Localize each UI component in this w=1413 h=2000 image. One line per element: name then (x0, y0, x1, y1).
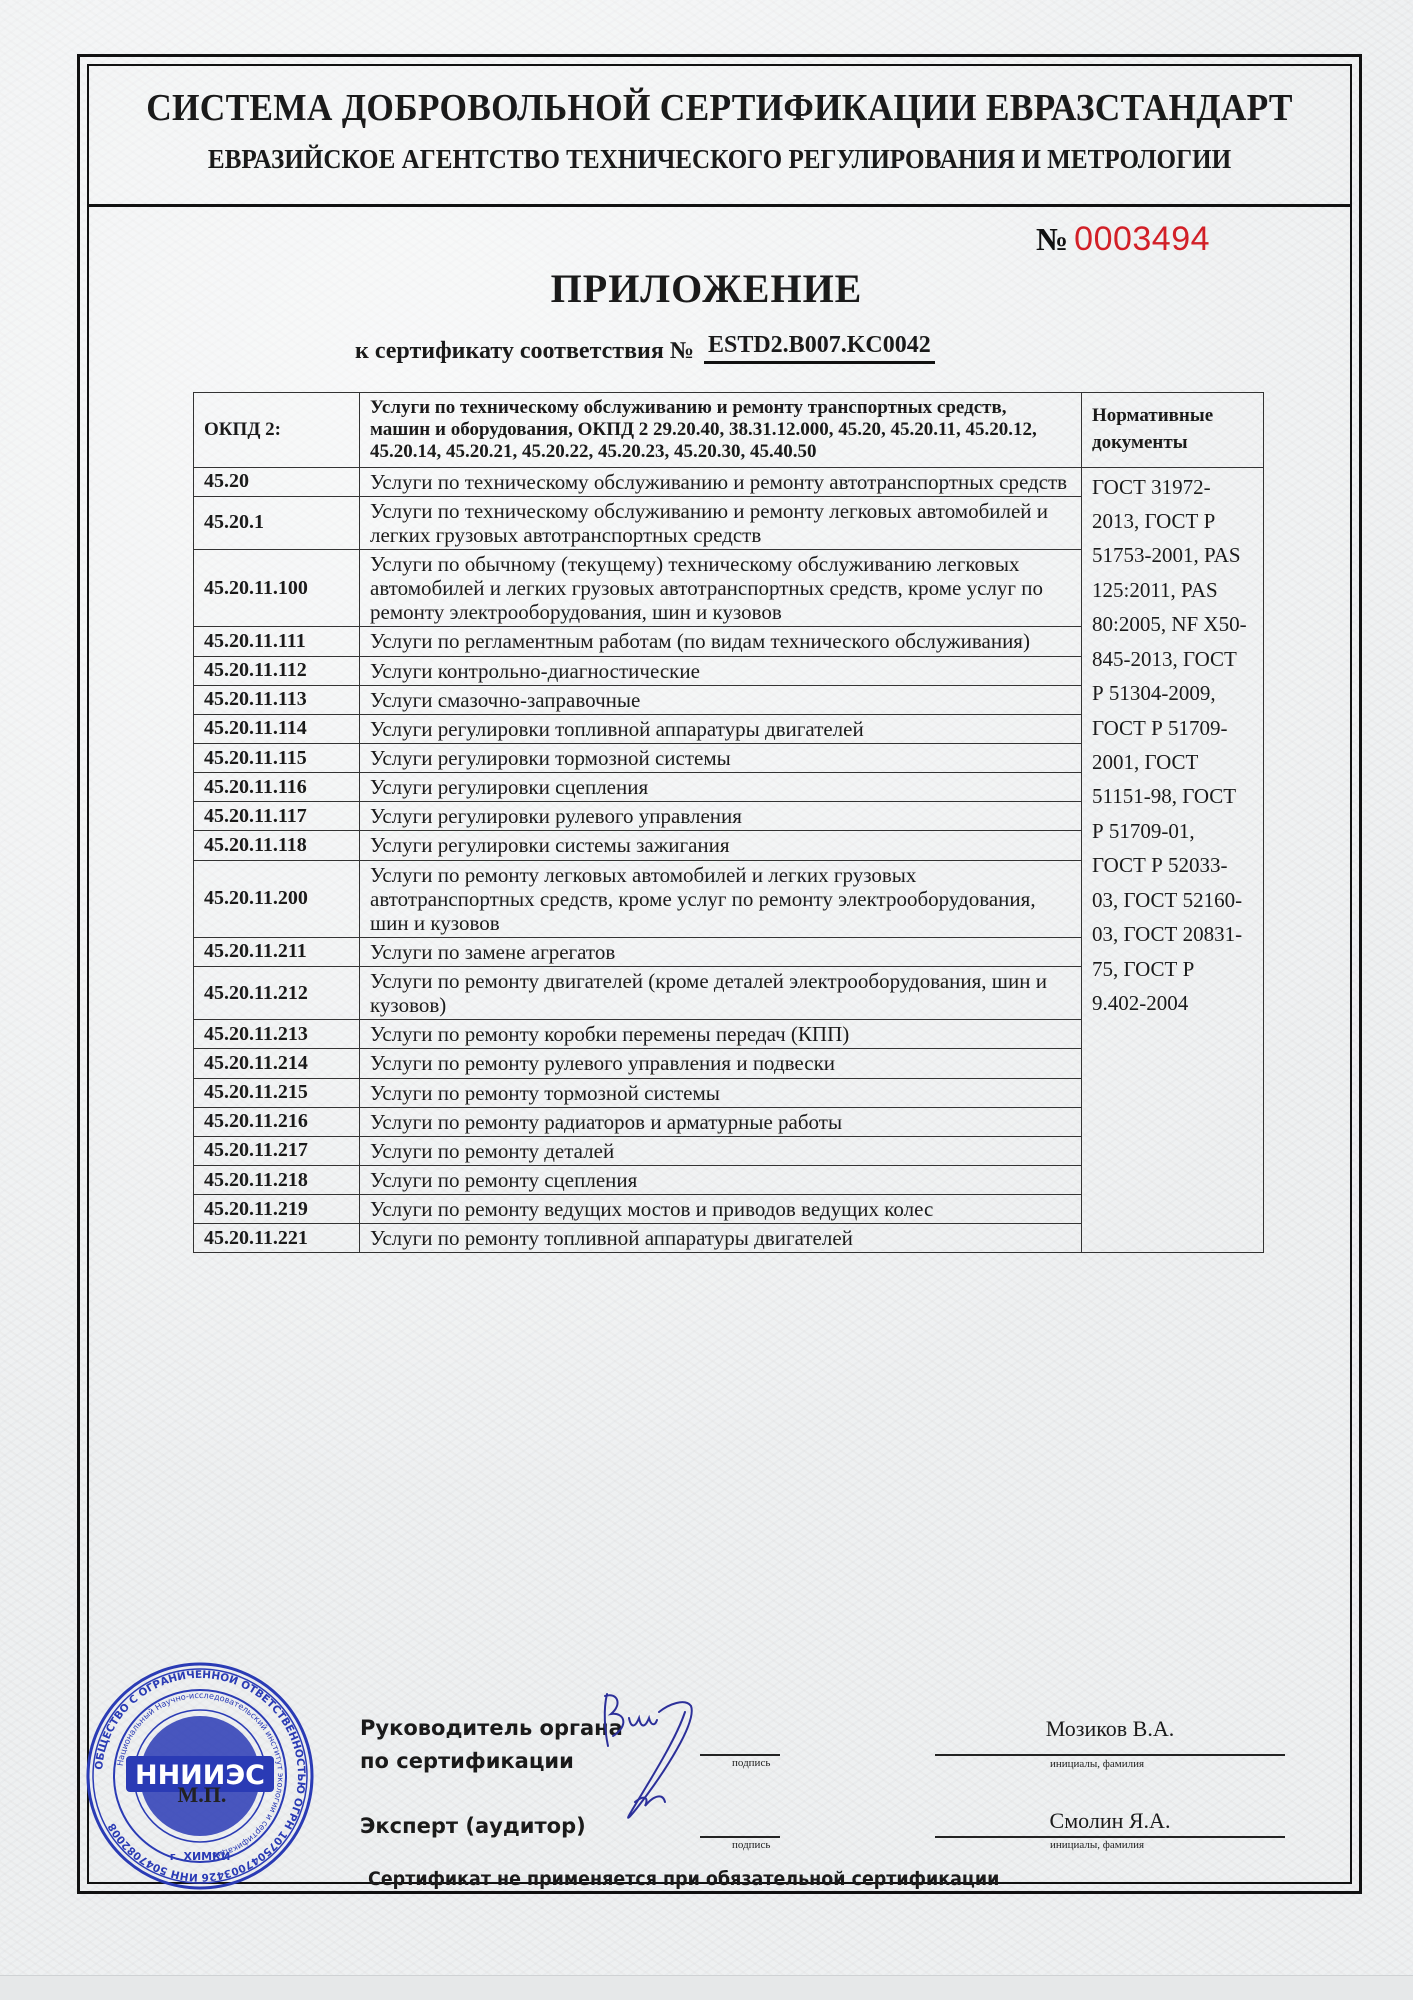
okpd-code: 45.20.11.221 (194, 1224, 360, 1253)
service-description: Услуги по ремонту тормозной системы (360, 1078, 1082, 1107)
service-description: Услуги регулировки системы зажигания (360, 831, 1082, 860)
okpd-code: 45.20 (194, 467, 360, 496)
expert-name-caption: инициалы, фамилия (1050, 1839, 1144, 1851)
expert-signature-caption: подпись (732, 1839, 770, 1851)
service-description: Услуги регулировки рулевого управления (360, 802, 1082, 831)
okpd-code: 45.20.11.200 (194, 860, 360, 937)
okpd-code: 45.20.11.214 (194, 1049, 360, 1078)
system-title: СИСТЕМА ДОБРОВОЛЬНОЙ СЕРТИФИКАЦИИ ЕВРАЗС… (131, 86, 1307, 130)
okpd-code: 45.20.11.211 (194, 937, 360, 966)
expert-signature-line (700, 1836, 780, 1838)
okpd-code: 45.20.11.216 (194, 1107, 360, 1136)
document-title: ПРИЛОЖЕНИЕ (0, 265, 1413, 312)
service-description: Услуги по ремонту радиаторов и арматурны… (360, 1107, 1082, 1136)
head-signature-caption: подпись (732, 1757, 770, 1769)
okpd-code: 45.20.1 (194, 496, 360, 549)
okpd-code: 45.20.11.114 (194, 714, 360, 743)
okpd-code: 45.20.11.218 (194, 1166, 360, 1195)
organization-stamp: ОБЩЕСТВО С ОГРАНИЧЕННОЙ ОТВЕТСТВЕННОСТЬЮ… (84, 1660, 316, 1892)
service-description: Услуги по ремонту коробки перемены перед… (360, 1020, 1082, 1049)
okpd-table: ОКПД 2: Услуги по техническому обслужива… (193, 392, 1264, 1253)
certificate-header: СИСТЕМА ДОБРОВОЛЬНОЙ СЕРТИФИКАЦИИ ЕВРАЗС… (87, 64, 1352, 207)
signature-block: Руководитель органа по сертификации подп… (360, 1712, 1290, 1862)
svg-text:М.П.: М.П. (178, 1782, 227, 1807)
svg-text:г. ХИМКИ: г. ХИМКИ (170, 1850, 231, 1863)
head-name-line (935, 1754, 1285, 1756)
service-description: Услуги по техническому обслуживанию и ре… (360, 496, 1082, 549)
okpd-code: 45.20.11.113 (194, 685, 360, 714)
okpd-table-body: 45.20Услуги по техническому обслуживанию… (194, 467, 1264, 1253)
normative-documents: ГОСТ 31972-2013, ГОСТ Р 51753-2001, PAS … (1082, 467, 1264, 1253)
service-description: Услуги по ремонту рулевого управления и … (360, 1049, 1082, 1078)
reference-label: к сертификату соответствия № (355, 338, 694, 364)
service-description: Услуги регулировки топливной аппаратуры … (360, 714, 1082, 743)
service-description: Услуги по регламентным работам (по видам… (360, 627, 1082, 656)
certificate-reference: к сертификату соответствия №ESTD2.B007.K… (355, 338, 935, 370)
form-number-value: 0003494 (1074, 220, 1210, 258)
table-row: 45.20Услуги по техническому обслуживанию… (194, 467, 1264, 496)
agency-subtitle: ЕВРАЗИЙСКОЕ АГЕНТСТВО ТЕХНИЧЕСКОГО РЕГУЛ… (131, 144, 1307, 175)
service-description: Услуги по ремонту топливной аппаратуры д… (360, 1224, 1082, 1253)
handwritten-signature (545, 1682, 715, 1832)
head-name: Мозиков В.А. (935, 1716, 1285, 1742)
okpd-code: 45.20.11.117 (194, 802, 360, 831)
okpd-code: 45.20.11.215 (194, 1078, 360, 1107)
service-description: Услуги по ремонту деталей (360, 1136, 1082, 1165)
service-description: Услуги регулировки сцепления (360, 773, 1082, 802)
service-description: Услуги по ремонту легковых автомобилей и… (360, 860, 1082, 937)
okpd-code: 45.20.11.118 (194, 831, 360, 860)
service-description: Услуги регулировки тормозной системы (360, 743, 1082, 772)
header-code: ОКПД 2: (194, 393, 360, 468)
okpd-code: 45.20.11.116 (194, 773, 360, 802)
number-sign: № (1036, 221, 1068, 257)
service-description: Услуги по обычному (текущему) техническо… (360, 549, 1082, 626)
form-number: №0003494 (1036, 220, 1210, 259)
okpd-code: 45.20.11.217 (194, 1136, 360, 1165)
service-description: Услуги по ремонту двигателей (кроме дета… (360, 967, 1082, 1020)
footer-note: Сертификат не применяется при обязательн… (368, 1868, 999, 1890)
scan-edge (0, 1975, 1413, 2000)
okpd-code: 45.20.11.115 (194, 743, 360, 772)
header-normative-documents: Нормативные документы (1082, 393, 1264, 468)
service-description: Услуги по ремонту сцепления (360, 1166, 1082, 1195)
service-description: Услуги по ремонту ведущих мостов и приво… (360, 1195, 1082, 1224)
okpd-code: 45.20.11.219 (194, 1195, 360, 1224)
head-name-caption: инициалы, фамилия (1050, 1758, 1144, 1770)
okpd-code: 45.20.11.213 (194, 1020, 360, 1049)
okpd-code: 45.20.11.100 (194, 549, 360, 626)
service-description: Услуги контрольно-диагностические (360, 656, 1082, 685)
expert-name-line (935, 1836, 1285, 1838)
okpd-code: 45.20.11.212 (194, 967, 360, 1020)
okpd-code: 45.20.11.112 (194, 656, 360, 685)
service-description: Услуги по техническому обслуживанию и ре… (360, 467, 1082, 496)
header-description: Услуги по техническому обслуживанию и ре… (360, 393, 1082, 468)
table-header-row: ОКПД 2: Услуги по техническому обслужива… (194, 393, 1264, 468)
service-description: Услуги по замене агрегатов (360, 937, 1082, 966)
okpd-code: 45.20.11.111 (194, 627, 360, 656)
expert-name: Смолин Я.А. (935, 1808, 1285, 1834)
service-description: Услуги смазочно-заправочные (360, 685, 1082, 714)
reference-number: ESTD2.B007.KC0042 (704, 332, 935, 364)
